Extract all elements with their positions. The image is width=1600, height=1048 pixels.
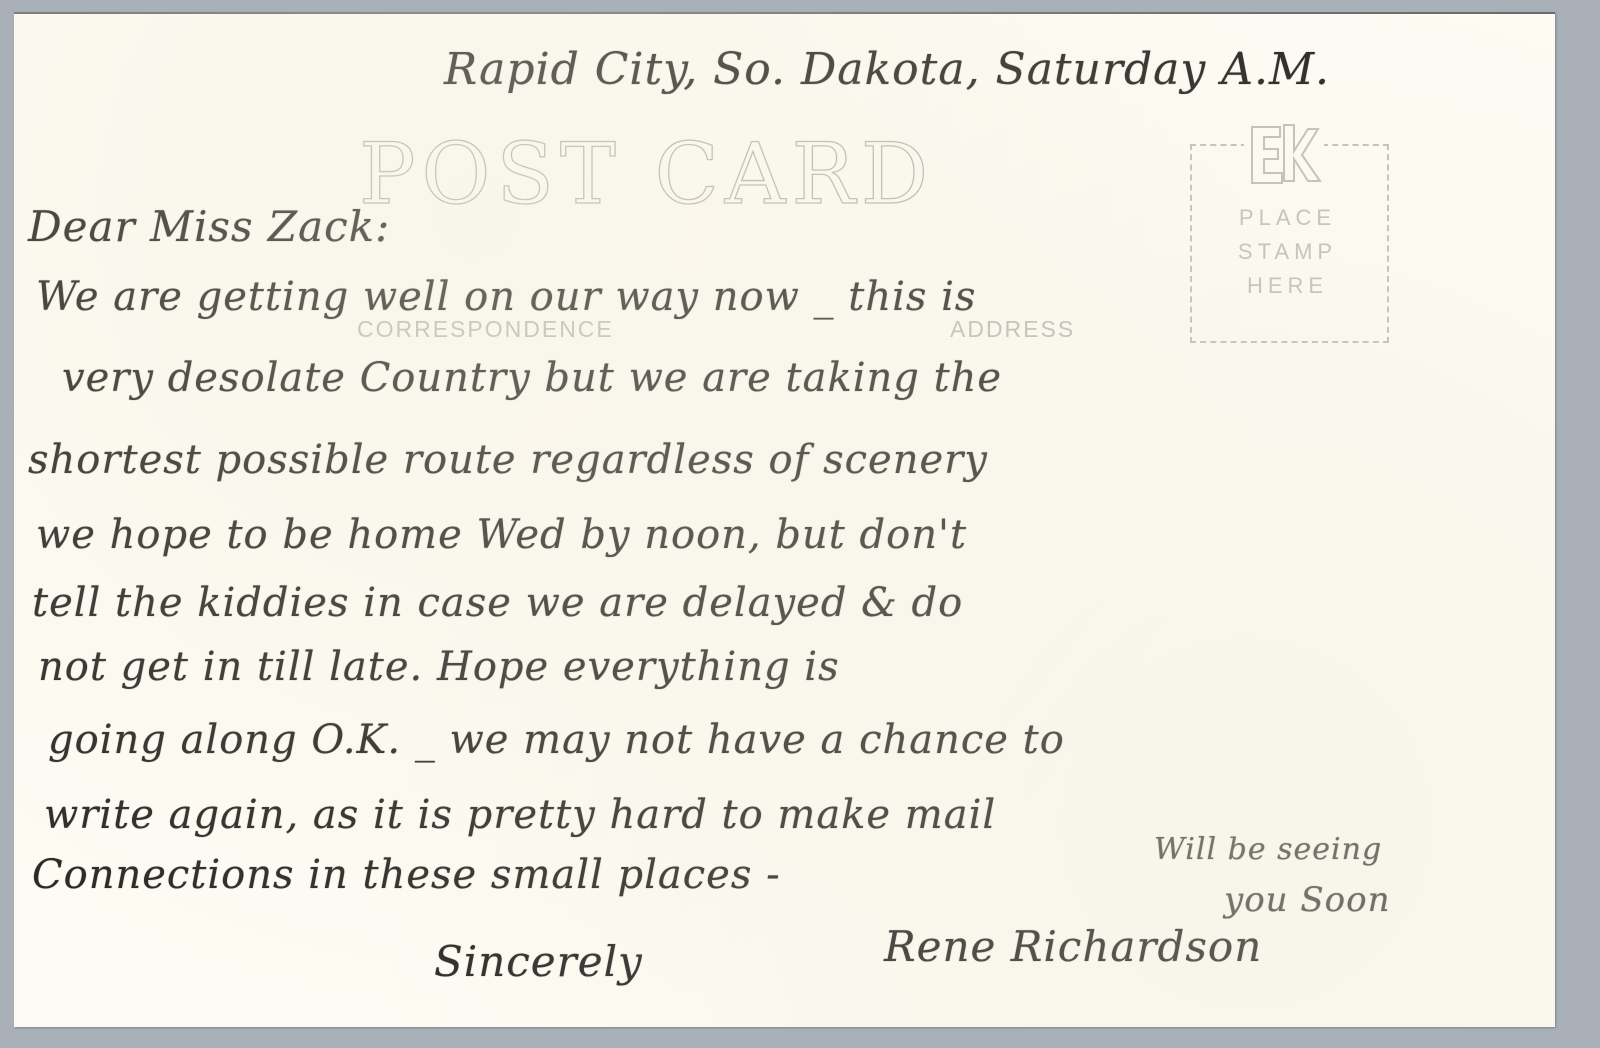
stamp-text-place: PLACE bbox=[1190, 205, 1385, 231]
stamp-text-here: HERE bbox=[1190, 273, 1385, 299]
handwritten-closing: Sincerely bbox=[434, 937, 643, 986]
postcard-back: POST CARD CORRESPONDENCE ADDRESS PLACE S… bbox=[14, 12, 1555, 1027]
handwritten-line-1: We are getting well on our way now _ thi… bbox=[36, 274, 976, 320]
handwritten-postscript-2: you Soon bbox=[1224, 880, 1391, 920]
correspondence-label: CORRESPONDENCE bbox=[357, 316, 614, 343]
handwritten-line-3: shortest possible route regardless of sc… bbox=[28, 437, 988, 483]
handwritten-line-6: not get in till late. Hope everything is bbox=[38, 644, 840, 690]
stamp-text-stamp: STAMP bbox=[1190, 239, 1385, 265]
handwritten-line-4: we hope to be home Wed by noon, but don'… bbox=[36, 512, 967, 558]
handwritten-header: Rapid City, So. Dakota, Saturday A.M. bbox=[444, 44, 1330, 95]
postcard-title: POST CARD bbox=[359, 125, 934, 223]
handwritten-line-7: going along O.K. _ we may not have a cha… bbox=[48, 717, 1065, 763]
handwritten-postscript-1: Will be seeing bbox=[1154, 832, 1382, 867]
handwritten-signature: Rene Richardson bbox=[884, 922, 1262, 971]
address-label: ADDRESS bbox=[950, 316, 1075, 343]
handwritten-line-8: write again, as it is pretty hard to mak… bbox=[44, 792, 996, 838]
handwritten-line-2: very desolate Country but we are taking … bbox=[62, 355, 1002, 401]
handwritten-line-5: tell the kiddies in case we are delayed … bbox=[32, 580, 963, 626]
handwritten-line-9: Connections in these small places - bbox=[32, 852, 781, 898]
handwritten-salutation: Dear Miss Zack: bbox=[28, 202, 390, 251]
stamp-logo-icon bbox=[1244, 115, 1324, 195]
